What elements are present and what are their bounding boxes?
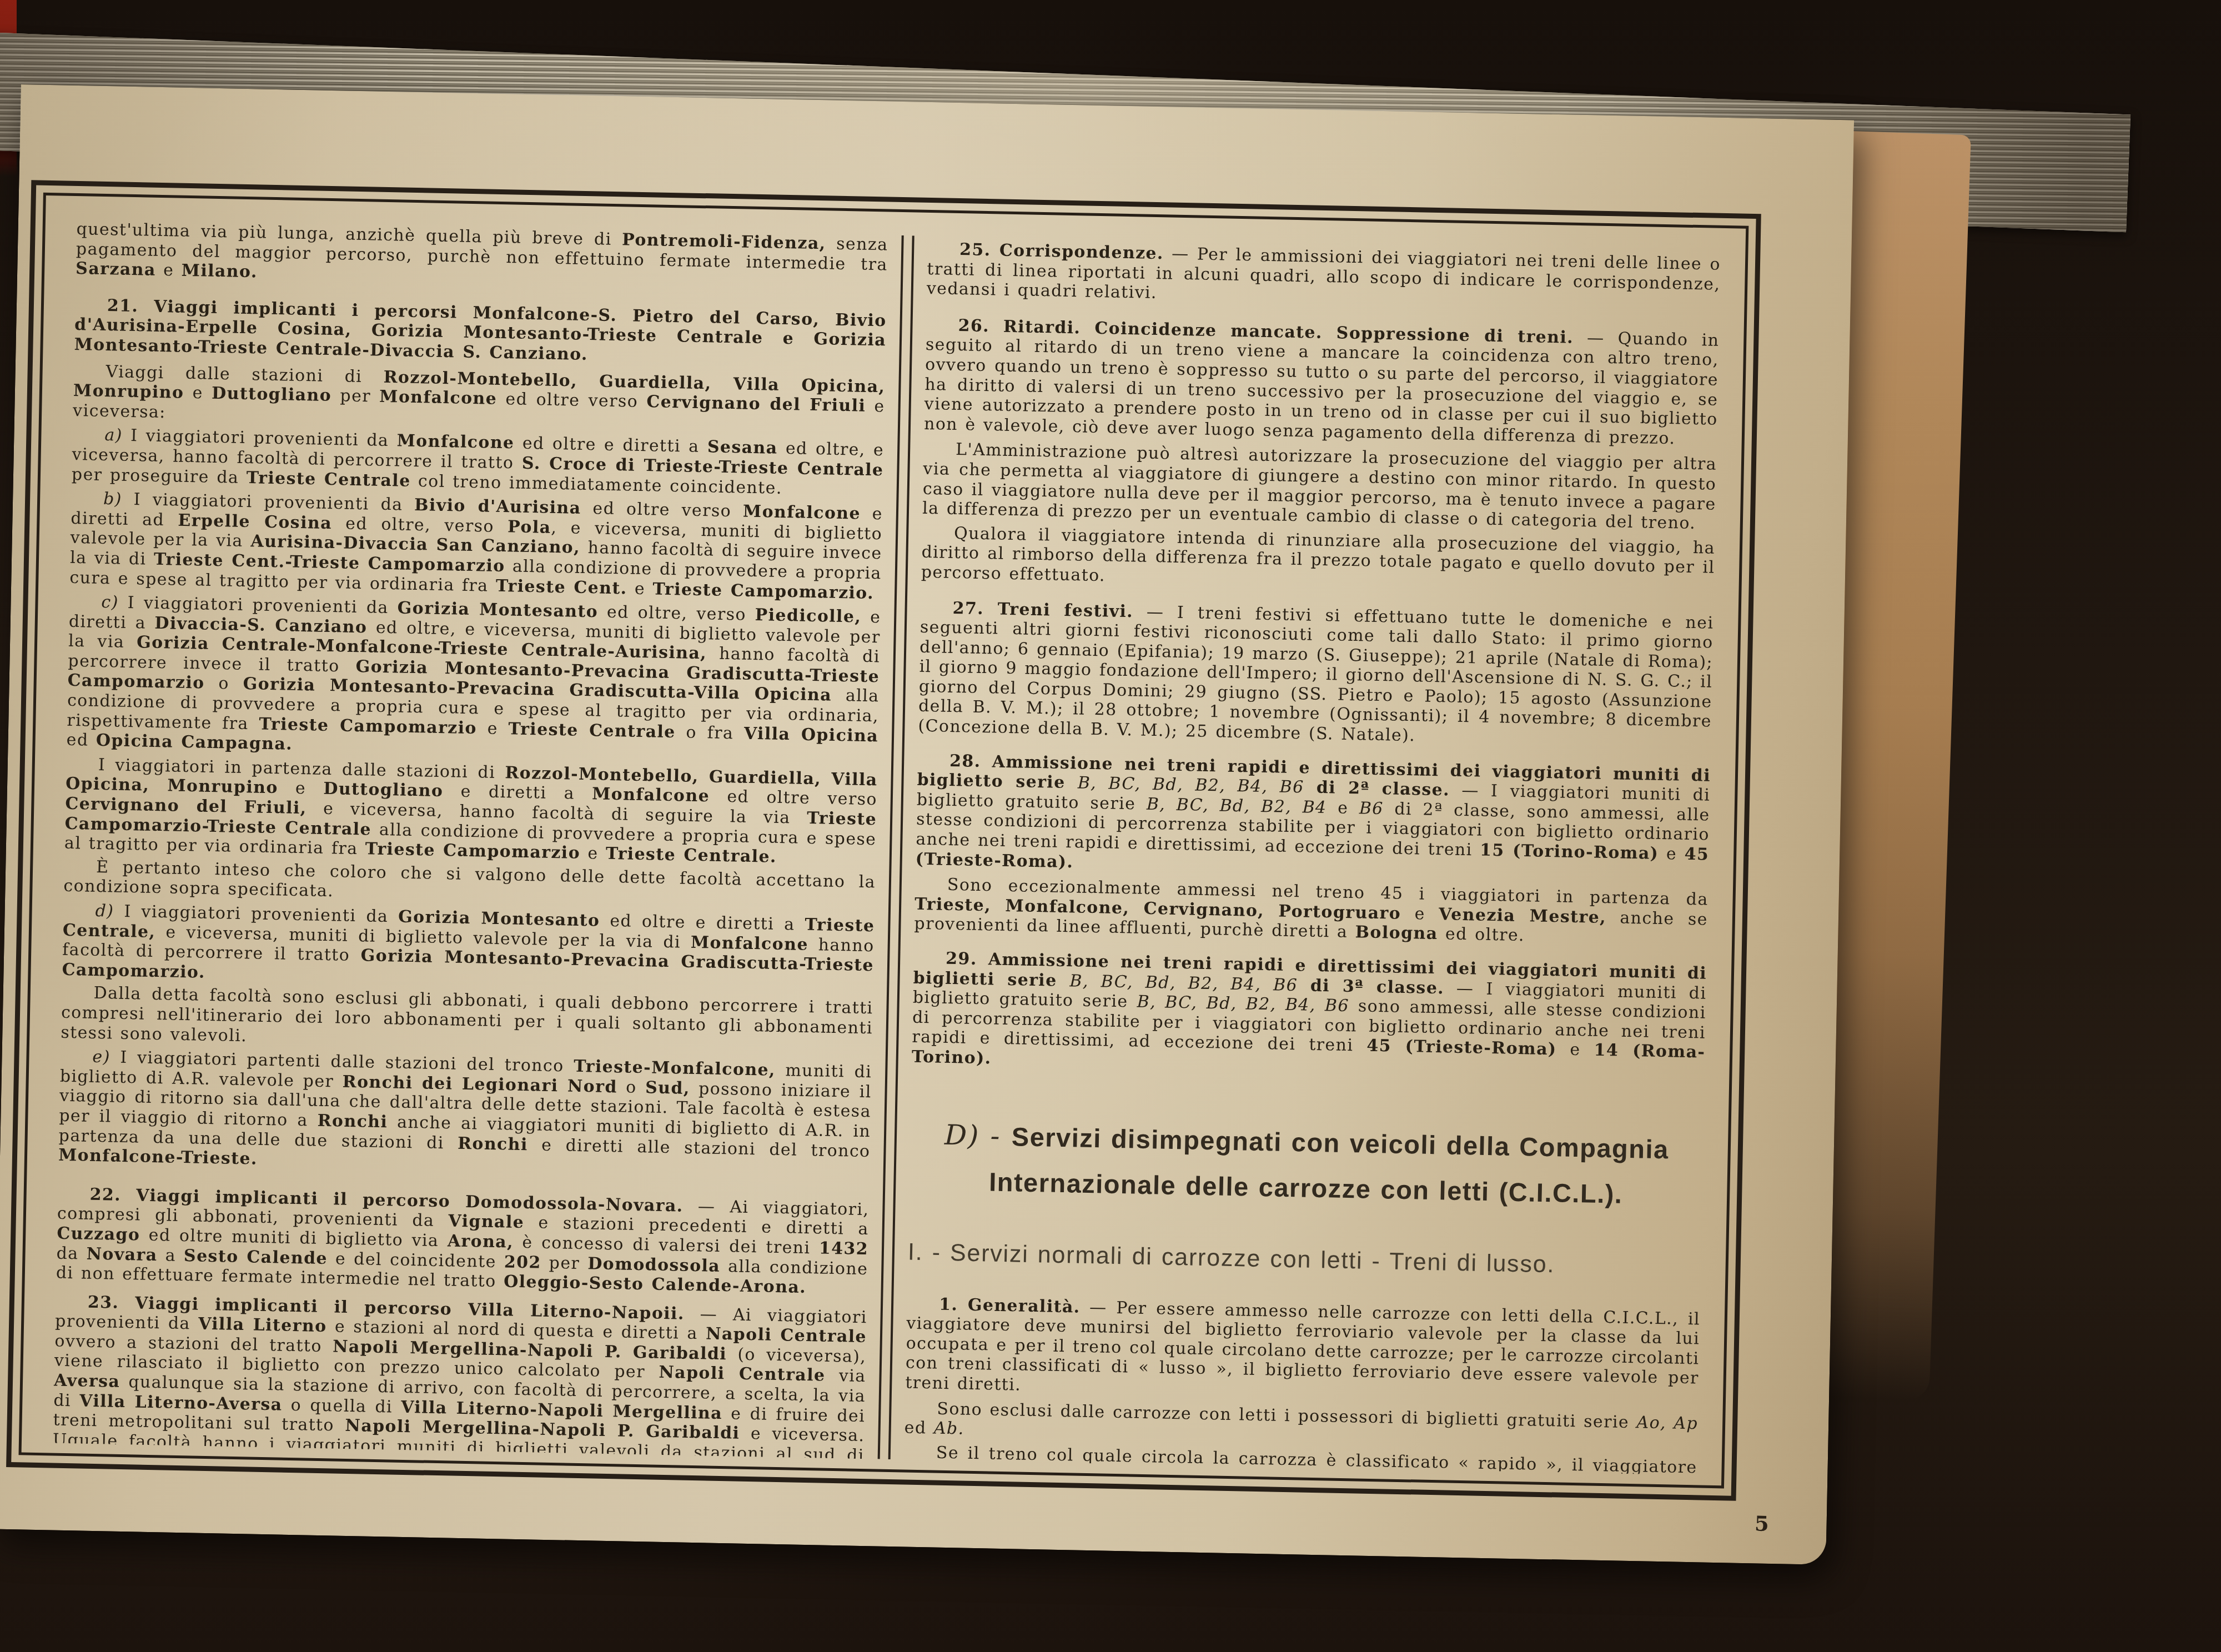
paragraph: 28. Ammissione nei treni rapidi e dirett…: [915, 750, 1711, 884]
italic-text: -: [979, 1119, 1012, 1152]
emphasis-text: Monfalcone: [396, 431, 515, 453]
emphasis-text: Trieste Campomarzio.: [652, 579, 874, 603]
emphasis-text: Villa Literno: [164, 1452, 292, 1474]
emphasis-text: 1432: [819, 1238, 869, 1259]
emphasis-text: Piedicolle,: [755, 605, 861, 627]
page-content: quest'ultima via più lunga, anzichè quel…: [32, 205, 1736, 1475]
text-run: e: [1556, 1040, 1594, 1060]
book-photo: { "colors":{"paper":"#d2c3a4","ink":"#29…: [0, 0, 2221, 1652]
text-run: per proseguire da: [72, 464, 247, 487]
emphasis-text: Trieste Cent.: [496, 576, 627, 598]
emphasis-text: Monfalcone-Trieste.: [58, 1146, 258, 1169]
subsection-i-heading: I. - Servizi normali di carrozze con let…: [907, 1236, 1701, 1283]
emphasis-text: 1. Generalità.: [939, 1294, 1081, 1317]
emphasis-text: Venezia Mestre,: [1439, 905, 1606, 927]
right-column: 25. Corrispondenze. — Per le ammissioni …: [904, 236, 1721, 1475]
text-run: e: [278, 779, 323, 799]
emphasis-text: Trieste Campomarzio: [365, 840, 580, 863]
text-run: ed: [66, 730, 96, 750]
emphasis-text: Aversa: [54, 1371, 120, 1392]
paragraph: I viaggiatori in partenza dalle stazioni…: [64, 755, 878, 870]
emphasis-text: Napoli: [52, 1450, 119, 1470]
text-run: ed oltre e diretti a: [514, 434, 707, 457]
emphasis-text: Cervignano del Friuli: [646, 392, 866, 416]
italic-text: e): [92, 1047, 110, 1067]
text-run: ed oltre, verso: [598, 602, 755, 625]
emphasis-text: Napoli Centrale: [706, 1324, 867, 1347]
text-run: o: [617, 1077, 645, 1097]
text-run: per: [331, 386, 380, 406]
emphasis-text: Ronchi: [458, 1133, 528, 1154]
text-run: o fra: [675, 722, 744, 743]
emphasis-text: Monfalcone: [592, 785, 710, 806]
paragraph: 23. Viaggi implicanti il percorso Villa …: [52, 1292, 867, 1475]
emphasis-text: Internazionale delle carrozze con letti …: [989, 1167, 1623, 1208]
page-border-frame: quest'ultima via più lunga, anzichè quel…: [6, 180, 1761, 1500]
emphasis-text: Villa Literno: [198, 1314, 327, 1337]
text-run: — Quando in seguito al ritardo di un tre…: [924, 328, 1720, 449]
text-run: da: [56, 1243, 87, 1263]
emphasis-text: Sesto Calende: [184, 1246, 328, 1268]
emphasis-text: Monfalcone: [379, 387, 498, 409]
text-run: ed oltre verso: [497, 389, 647, 411]
emphasis-text: Erpelle Cosina: [178, 510, 332, 533]
text-run: ed: [904, 1418, 934, 1438]
emphasis-text: Duttogliano: [212, 384, 332, 405]
text-run: via: [825, 1366, 866, 1386]
page-number: 5: [1755, 1512, 1770, 1536]
text-run: e diretti a: [443, 782, 592, 804]
paragraph: 29. Ammissione nei treni rapidi e dirett…: [911, 948, 1707, 1082]
text-run: per: [118, 1451, 164, 1472]
text-run: Qualora il viaggiatore intenda di rinunz…: [921, 524, 1716, 586]
text-run: per: [541, 1253, 587, 1273]
emphasis-text: 45 (Trieste-Roma): [1366, 1036, 1557, 1060]
emphasis-text: Domodossola: [587, 1254, 720, 1276]
text-run: e: [627, 579, 653, 599]
emphasis-text: Opicina Campagna.: [96, 731, 293, 754]
emphasis-text: Trieste Centrale: [508, 719, 676, 742]
paragraph: Qualora il viaggiatore intenda di rinunz…: [921, 523, 1716, 598]
paragraph: Viaggi dalle stazioni di Rozzol-Montebel…: [73, 361, 886, 436]
text-run: o quella di: [282, 1395, 401, 1417]
text-run: Questa disposizione non è applicabile ai…: [84, 1473, 703, 1475]
text-run: o: [204, 674, 243, 694]
emphasis-text: Cuzzago: [57, 1224, 140, 1245]
text-run: e: [1659, 844, 1685, 864]
italic-text: a): [104, 425, 123, 445]
italic-text: Ao, Ap: [1636, 1413, 1698, 1433]
paragraph: Sono eccezionalmente ammessi nel treno 4…: [914, 875, 1709, 950]
emphasis-text: Trieste Centrale.: [606, 844, 777, 867]
paragraph: 27. Treni festivi. — I treni festivi si …: [918, 597, 1714, 751]
emphasis-text: 15 (Torino-Roma): [1480, 841, 1659, 863]
emphasis-text: Monfalcone: [691, 932, 809, 954]
italic-text: Ab.: [934, 1419, 964, 1439]
emphasis-text: Servizi disimpegnati con veicoli della C…: [1011, 1122, 1669, 1164]
paragraph: e) I viaggiatori partenti dalle stazioni…: [58, 1047, 872, 1181]
emphasis-text: Bivio d'Aurisina: [414, 495, 581, 518]
text-run: a: [157, 1246, 184, 1266]
text-run: e: [1401, 904, 1439, 924]
emphasis-text: Monfalcone: [743, 502, 861, 524]
text-run: — I treni festivi si effettuano tutte le…: [918, 602, 1714, 746]
paragraph: d) I viaggiatori provenienti da Gorizia …: [62, 901, 875, 996]
emphasis-text: Arona,: [447, 1231, 514, 1252]
emphasis-text: di 3ª classe.: [1298, 976, 1445, 998]
emphasis-text: 202: [504, 1252, 541, 1272]
text-run: e: [155, 260, 182, 280]
text-run: ed oltre verso: [581, 499, 743, 521]
emphasis-text: Duttogliano: [323, 779, 444, 801]
paragraph: quest'ultima via più lunga, anzichè quel…: [76, 219, 888, 294]
paragraph: 21. Viaggi implicanti i percorsi Monfalc…: [74, 295, 887, 370]
paragraph: Dalla detta facoltà sono esclusi gli abb…: [61, 983, 873, 1058]
text-run: ed oltre.: [1438, 925, 1525, 946]
paragraph: b) I viaggiatori provenienti da Bivio d'…: [69, 489, 883, 604]
paragraph: Questa disposizione non è applicabile ai…: [52, 1472, 863, 1475]
emphasis-text: Milano.: [181, 261, 258, 282]
emphasis-text: 27. Treni festivi.: [952, 598, 1133, 621]
emphasis-text: Vignale: [448, 1212, 524, 1233]
text-run: e: [477, 719, 509, 739]
emphasis-text: Sesana: [707, 438, 777, 458]
text-run: e: [580, 843, 606, 863]
emphasis-text: Bologna: [1355, 923, 1438, 944]
book-page: quest'ultima via più lunga, anzichè quel…: [0, 84, 1854, 1565]
text-run: L'Amministrazione può altresì autorizzar…: [922, 440, 1717, 533]
emphasis-text: di 2ª classe.: [1304, 778, 1450, 800]
emphasis-text: Trieste Centrale: [246, 468, 411, 491]
paragraph: 1. Generalità. — Per essere ammesso nell…: [905, 1294, 1700, 1408]
emphasis-text: Napoli Centrale: [659, 1363, 826, 1385]
emphasis-text: Ronchi: [317, 1111, 388, 1132]
text-run: ed oltre, verso: [332, 514, 508, 536]
text-run: ed oltre verso: [710, 787, 877, 810]
emphasis-text: Novara: [86, 1244, 158, 1264]
italic-text: d): [95, 901, 114, 921]
paragraph: a) I viaggiatori provenienti da Monfalco…: [72, 425, 885, 500]
text-run: I. - Servizi normali di carrozze con let…: [907, 1238, 1555, 1278]
text-run: e: [1326, 798, 1359, 818]
italic-text: b): [103, 489, 122, 509]
emphasis-text: Sarzana: [76, 259, 156, 280]
text-run: e del coincidente: [328, 1249, 505, 1272]
paragraph: L'Amministrazione può altresì autorizzar…: [922, 439, 1717, 534]
text-run: e stazioni al nord di questa (o vicevers…: [292, 1454, 690, 1475]
text-run: e: [184, 383, 212, 403]
italic-text: B6: [1359, 799, 1384, 819]
italic-text: c): [101, 592, 119, 612]
page-border-frame-inner: quest'ultima via più lunga, anzichè quel…: [18, 193, 1748, 1489]
paragraph: c) I viaggiatori provenienti da Gorizia …: [66, 592, 881, 766]
left-column: quest'ultima via più lunga, anzichè quel…: [53, 219, 888, 1459]
emphasis-text: Villa Opicina: [744, 724, 879, 746]
italic-text: B, BC, Bd, B2, B4: [1147, 795, 1327, 817]
emphasis-text: Pola: [507, 517, 551, 538]
paragraph: 25. Corrispondenze. — Per le ammissioni …: [927, 239, 1721, 314]
paragraph: 22. Viaggi implicanti il percorso Domodo…: [56, 1184, 870, 1299]
emphasis-text: 21. Viaggi implicanti i percorsi Monfalc…: [74, 296, 887, 364]
emphasis-text: Sud,: [645, 1078, 690, 1098]
paragraph: 26. Ritardi. Coincidenze mancate. Soppre…: [924, 315, 1720, 449]
italic-text: D): [944, 1118, 980, 1151]
